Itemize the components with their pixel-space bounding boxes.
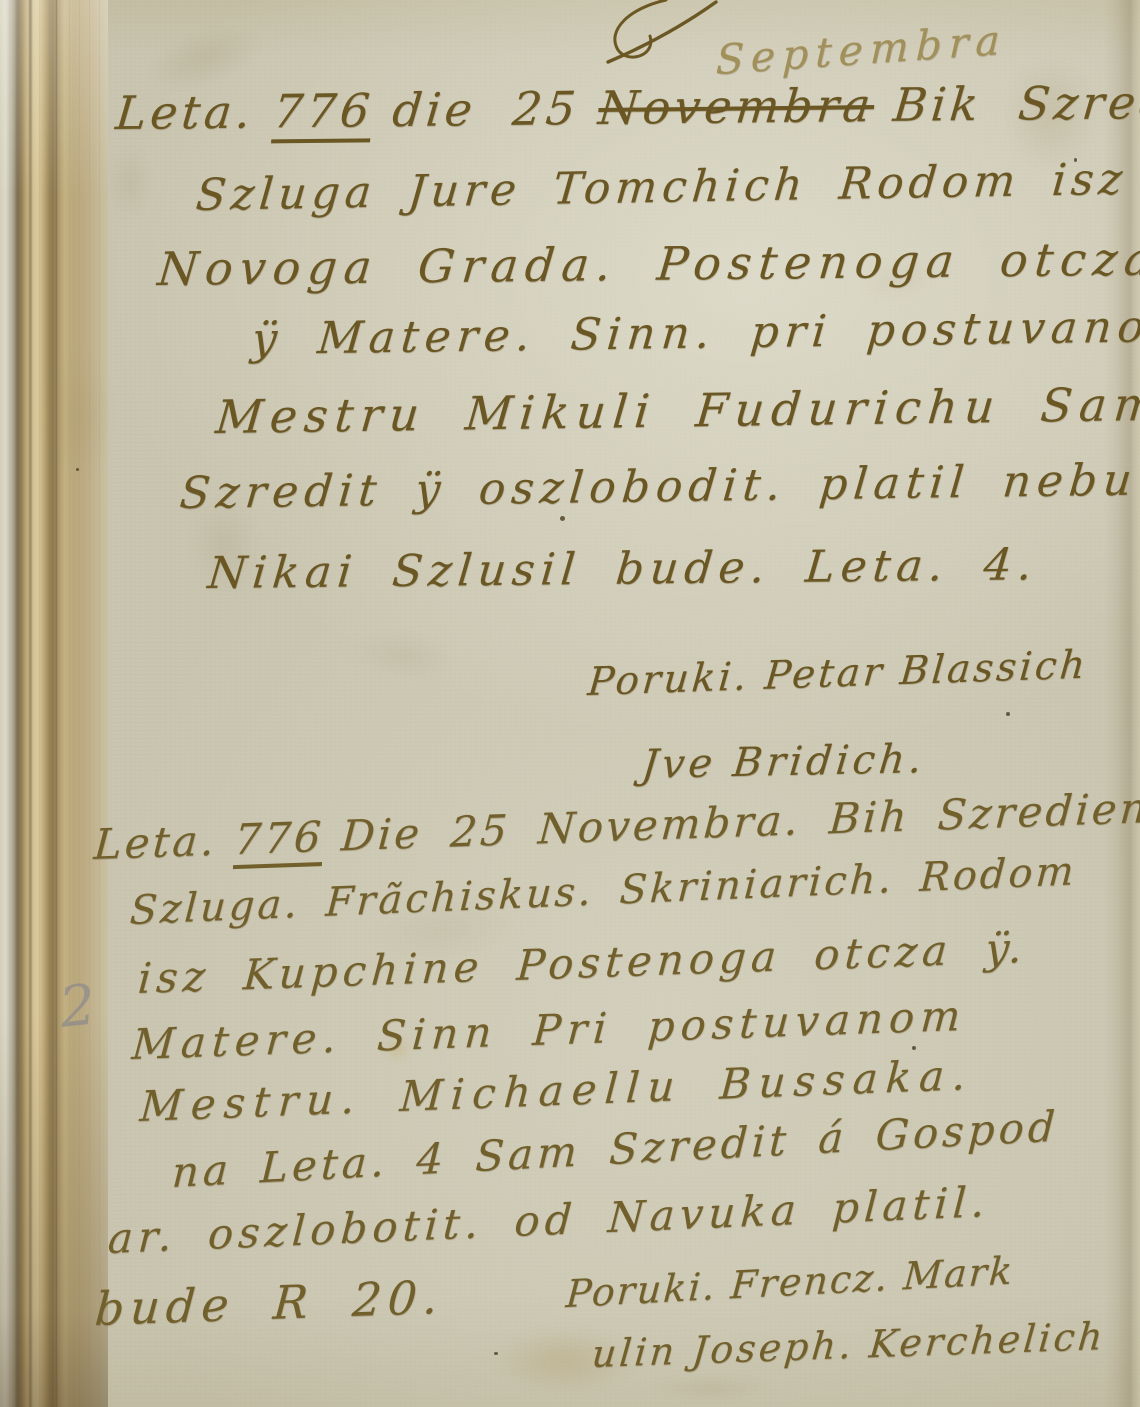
margin-pencil-mark: 2 (57, 972, 99, 1040)
ink-speck (560, 516, 565, 521)
date-word: Die 25 Novembra. Bih Szredien (340, 783, 1140, 860)
bleedthrough-mark (326, 610, 484, 700)
book-binding-edge (0, 0, 108, 1407)
entry1-witness-signature-2: Jve Bridich. (640, 736, 928, 788)
pen-flourish-icon (588, 0, 728, 80)
ink-speck (76, 468, 79, 471)
date-word: Leta. (113, 85, 256, 141)
entry1-line-2: Szluga Jure Tomchich Rodom isz pod (194, 151, 1140, 221)
ink-speck (1006, 712, 1010, 716)
entry2-witness-signature-2: ulin Joseph. Kerchelich (590, 1314, 1107, 1376)
page-right-edge (1104, 0, 1140, 1407)
entry2-line-3: isz Kupchine Postenoga otcza ÿ. (136, 923, 1028, 1003)
entry1-line-4: ÿ Matere. Sinn. pri postuvanom (250, 301, 1140, 365)
entry1-line-7: Nikai Szlusil bude. Leta. 4. (206, 539, 1041, 599)
entry1-line-6: Szredit ÿ oszlobodit. platil nebu. (178, 454, 1140, 519)
entry2-line-8: bude R 20. (93, 1270, 445, 1336)
entry2-witness-signature-1: Poruki. Frencz. Mark (564, 1248, 1015, 1316)
entry1-line-5: Mestru Mikuli Fudurichu Sam (214, 377, 1140, 444)
date-word: die 25 (390, 81, 582, 137)
bleedthrough-mark (30, 320, 130, 510)
underlined-year: 776 (232, 812, 325, 869)
ink-speck (912, 1046, 916, 1050)
underlined-year: 776 (271, 83, 376, 143)
entry1-witness-signature-1: Poruki. Petar Blassich (586, 642, 1090, 705)
entry1-line-3: Novoga Grada. Postenoga otcza. (155, 231, 1140, 296)
entry1-date-line: Leta.776die 25NovembraBik Szred. (113, 75, 1140, 141)
binding-crease (28, 0, 33, 1407)
ink-speck (494, 1352, 498, 1355)
struck-month-word: Novembra (596, 78, 877, 135)
bleedthrough-mark (95, 128, 165, 238)
binding-crease (55, 0, 58, 1407)
manuscript-page: Septembra Leta.776die 25NovembraBik Szre… (0, 0, 1140, 1407)
inserted-correction-word: Septembra (715, 16, 1007, 85)
date-word: Leta. (92, 816, 218, 869)
date-word: Bik Szred. (891, 75, 1140, 132)
